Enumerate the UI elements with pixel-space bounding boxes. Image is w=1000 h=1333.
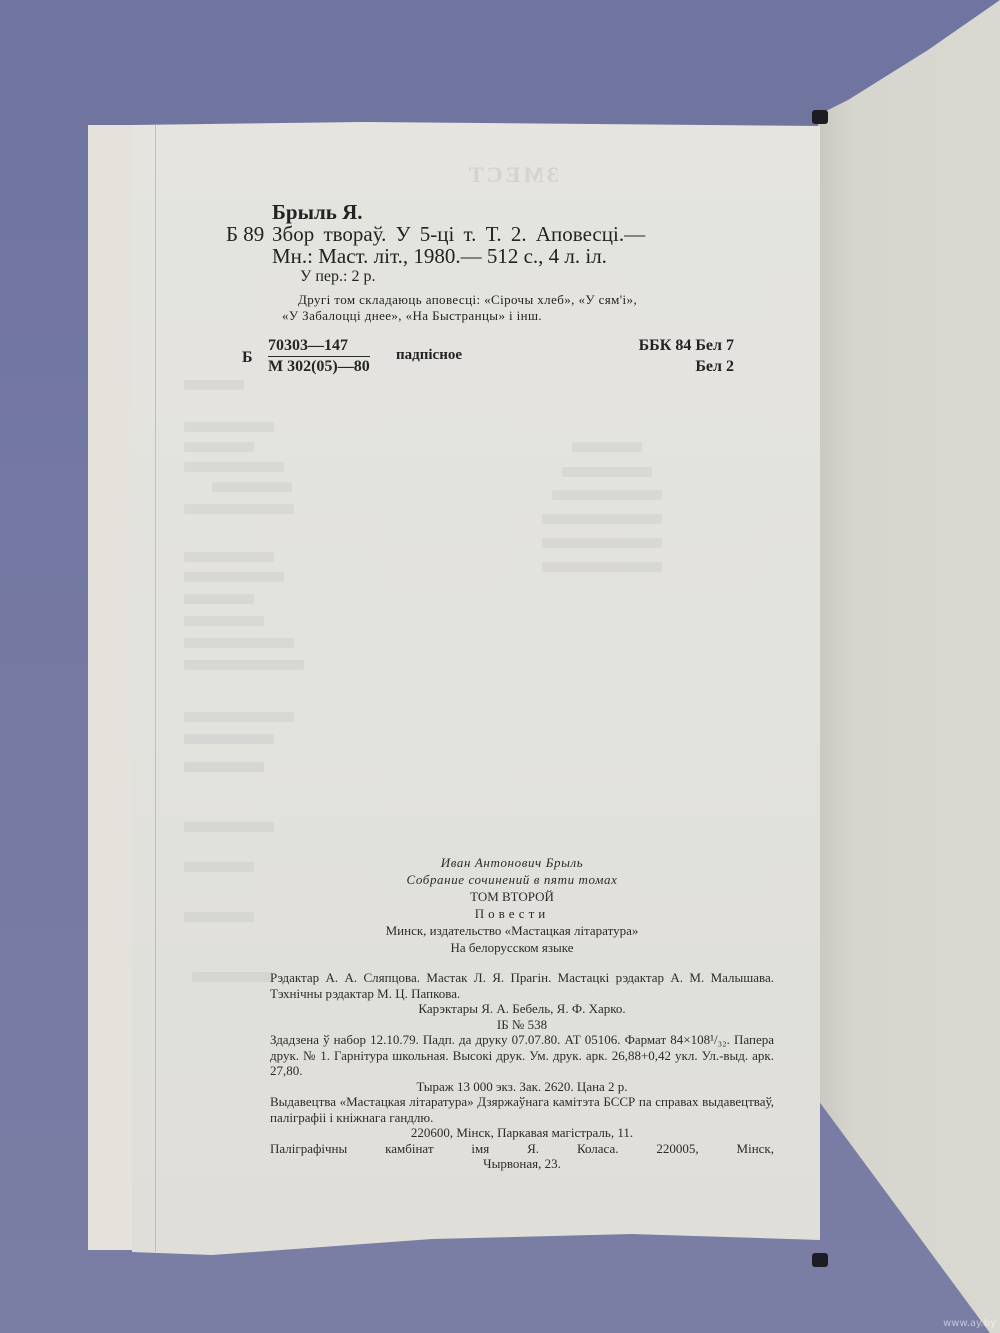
publisher-address: 220600, Мінск, Паркавая магістраль, 11. [270,1125,774,1141]
colophon-volume: ТОМ ВТОРОЙ [252,888,772,905]
catalog-description-line-2: «У Забалоцці днее», «На Быстранцы» і інш… [282,308,542,324]
catalog-code-prefix: Б [242,349,253,367]
ib-number: IБ № 538 [270,1017,774,1033]
catalog-publication: Мн.: Маст. літ., 1980.— 512 с., 4 л. іл. [272,244,607,269]
colophon-author: Иван Антонович Брыль [252,854,772,871]
catalog-index: Б 89 [226,222,264,247]
colophon-header: Иван Антонович Брыль Собрание сочинений … [252,854,772,956]
site-watermark: www.ay.by [943,1318,996,1329]
bbk-code: ББК 84 Бел 7 [639,337,734,355]
credits-editors: Рэдактар А. А. Сляпцова. Мастак Л. Я. Пр… [270,970,774,1001]
printer-address: Чырвоная, 23. [270,1156,774,1172]
colophon-publisher: Минск, издательство «Мастацкая літаратур… [252,922,772,939]
flyleaf-strip [88,125,135,1250]
catalog-description-line-1: Другі том складаюць аповесці: «Сірочы хл… [298,292,637,308]
book-page: ЗМЕСТ Б 89 Брыль Я. Збор твораў. У 5-ці … [132,122,820,1255]
colophon-genre: Повести [252,905,772,922]
right-facing-page [818,0,1000,1333]
colophon-credits: Рэдактар А. А. Сляпцова. Мастак Л. Я. Пр… [270,970,774,1172]
binding-edge-bottom [812,1253,828,1267]
catalog-code-fraction: 70303—147 М 302(05)—80 [268,337,370,376]
colophon-language-note: На белорусском языке [252,939,772,956]
catalog-code-suffix: падпісное [396,347,462,364]
show-through-title: ЗМЕСТ [466,162,559,188]
page-crease [155,122,156,1252]
print-details: Здадзена ў набор 12.10.79. Падп. да друк… [270,1032,774,1079]
printer: Паліграфічны камбінат імя Я. Коласа. 220… [270,1141,774,1157]
colophon-series: Собрание сочинений в пяти томах [252,871,772,888]
publisher-details: Выдавецтва «Мастацкая літаратура» Дзяржа… [270,1094,774,1125]
binding-edge-top [812,110,828,124]
catalog-code-denominator: М 302(05)—80 [268,356,370,376]
circulation: Тыраж 13 000 экз. Зак. 2620. Цана 2 р. [270,1079,774,1095]
catalog-code-numerator: 70303—147 [268,337,370,356]
catalog-price: У пер.: 2 р. [300,268,375,286]
credits-proofreaders: Карэктары Я. А. Бебель, Я. Ф. Харко. [270,1001,774,1017]
bel-code: Бел 2 [695,358,734,376]
